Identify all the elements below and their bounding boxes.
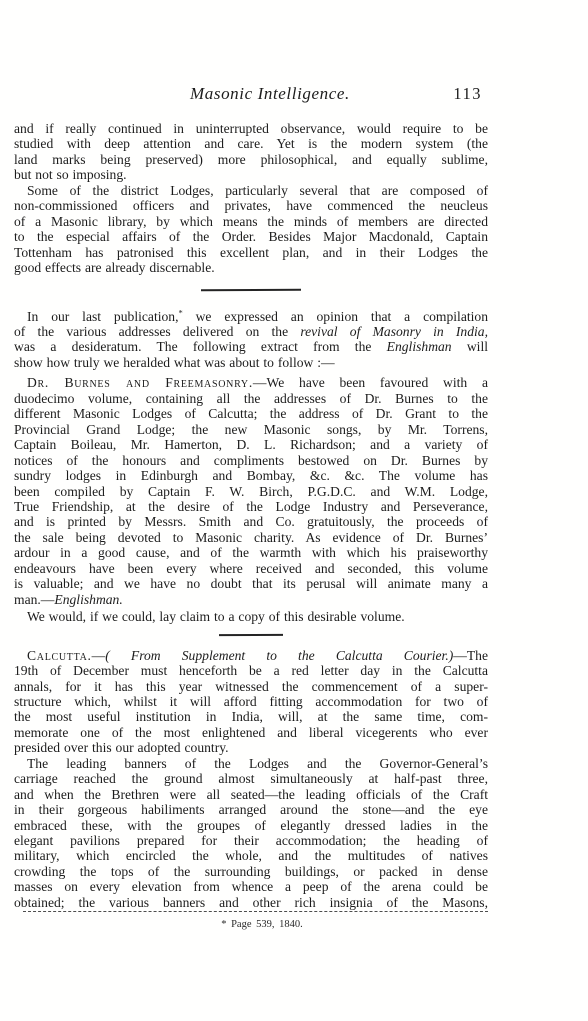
text-line: and is printed by Messrs. Smith and Co. … <box>14 514 488 529</box>
text-line: is valuable; and we have no doubt that i… <box>14 576 488 591</box>
text-line: but not so imposing. <box>14 167 488 182</box>
text-line: duodecimo volume, containing all the add… <box>14 391 488 406</box>
section-divider <box>201 288 301 291</box>
footnote-rule <box>23 911 488 912</box>
paragraph: The leading banners of the Lodges and th… <box>14 756 488 911</box>
text-line: of a Masonic library, by which means the… <box>14 214 488 229</box>
text-line: land marks being preserved) more philoso… <box>14 152 488 167</box>
text-line: Some of the district Lodges, particularl… <box>14 183 488 198</box>
text-line: non-commissioned officers and privates, … <box>14 198 488 213</box>
text-line: Calcutta.—( From Supplement to the Calcu… <box>14 648 488 663</box>
text-line: obtained; the various banners and other … <box>14 895 488 910</box>
text-line: 19th of December must henceforth be a re… <box>14 663 488 678</box>
paragraph: and if really continued in uninterrupted… <box>14 121 488 183</box>
text-line: masses on every elevation from whence a … <box>14 879 488 894</box>
text-line: man.—Englishman. <box>14 592 488 607</box>
text-line: presided over this our adopted country. <box>14 740 488 755</box>
page-header: Masonic Intelligence. 113 <box>14 84 488 106</box>
text-line: carriage reached the ground almost simul… <box>14 771 488 786</box>
text-line: In our last publication,* we expressed a… <box>14 309 488 324</box>
text-line: to the especial affairs of the Order. Be… <box>14 229 488 244</box>
document-page: Masonic Intelligence. 113 and if really … <box>0 0 588 1021</box>
text-line: studied with deep attention and care. Ye… <box>14 136 488 151</box>
text-line: show how truly we heralded what was abou… <box>14 355 488 370</box>
text-line: Tottenham has patronised this excellent … <box>14 245 488 260</box>
text-line: crowding the tops of the surrounding bui… <box>14 864 488 879</box>
text-line: endeavours have been every where receive… <box>14 561 488 576</box>
text-line: True Friendship, at the desire of the Lo… <box>14 499 488 514</box>
running-title: Masonic Intelligence. <box>190 84 350 104</box>
paragraph: We would, if we could, lay claim to a co… <box>14 609 488 624</box>
text-line: The leading banners of the Lodges and th… <box>14 756 488 771</box>
text-line: and when the Brethren were all seated—th… <box>14 787 488 802</box>
text-line: We would, if we could, lay claim to a co… <box>14 609 488 624</box>
page-number: 113 <box>453 84 482 104</box>
text-line: annals, for it has this year witnessed t… <box>14 679 488 694</box>
text-line: different Masonic Lodges of Calcutta; th… <box>14 406 488 421</box>
text-line: memorate one of the most enlightened and… <box>14 725 488 740</box>
text-line: Dr. Burnes and Freemasonry.—We have been… <box>14 375 488 390</box>
text-line: embraced these, with the groupes of eleg… <box>14 818 488 833</box>
text-line: the sale being devoted to Masonic charit… <box>14 530 488 545</box>
text-line: the most useful institution in India, wi… <box>14 709 488 724</box>
paragraph: Dr. Burnes and Freemasonry.—We have been… <box>14 375 488 607</box>
text-line: in their gorgeous habiliments arranged a… <box>14 802 488 817</box>
text-line: Provincial Grand Lodge; the new Masonic … <box>14 422 488 437</box>
paragraph: Some of the district Lodges, particularl… <box>14 183 488 276</box>
text-line: been compiled by Captain F. W. Birch, P.… <box>14 484 488 499</box>
footnote: * Page 539, 1840. <box>0 919 556 930</box>
section-divider <box>219 633 283 635</box>
footnote-text: * Page 539, 1840. <box>221 919 303 930</box>
text-line: good effects are already discernable. <box>14 260 488 275</box>
text-line: notices of the honours and compliments b… <box>14 453 488 468</box>
text-line: and if really continued in uninterrupted… <box>14 121 488 136</box>
text-line: ardour in a good cause, and of the warmt… <box>14 545 488 560</box>
page-body: and if really continued in uninterrupted… <box>14 121 488 910</box>
text-line: of the various addresses delivered on th… <box>14 324 488 339</box>
text-line: military, which encircled the whole, and… <box>14 848 488 863</box>
text-line: sundry lodges in Edinburgh and Bombay, &… <box>14 468 488 483</box>
text-line: was a desideratum. The following extract… <box>14 339 488 354</box>
text-line: elegant pavilions prepared for their acc… <box>14 833 488 848</box>
text-line: Captain Boileau, Mr. Hamerton, D. L. Ric… <box>14 437 488 452</box>
paragraph: Calcutta.—( From Supplement to the Calcu… <box>14 648 488 756</box>
text-line: structure which, whilst it will afford f… <box>14 694 488 709</box>
paragraph: In our last publication,* we expressed a… <box>14 309 488 371</box>
